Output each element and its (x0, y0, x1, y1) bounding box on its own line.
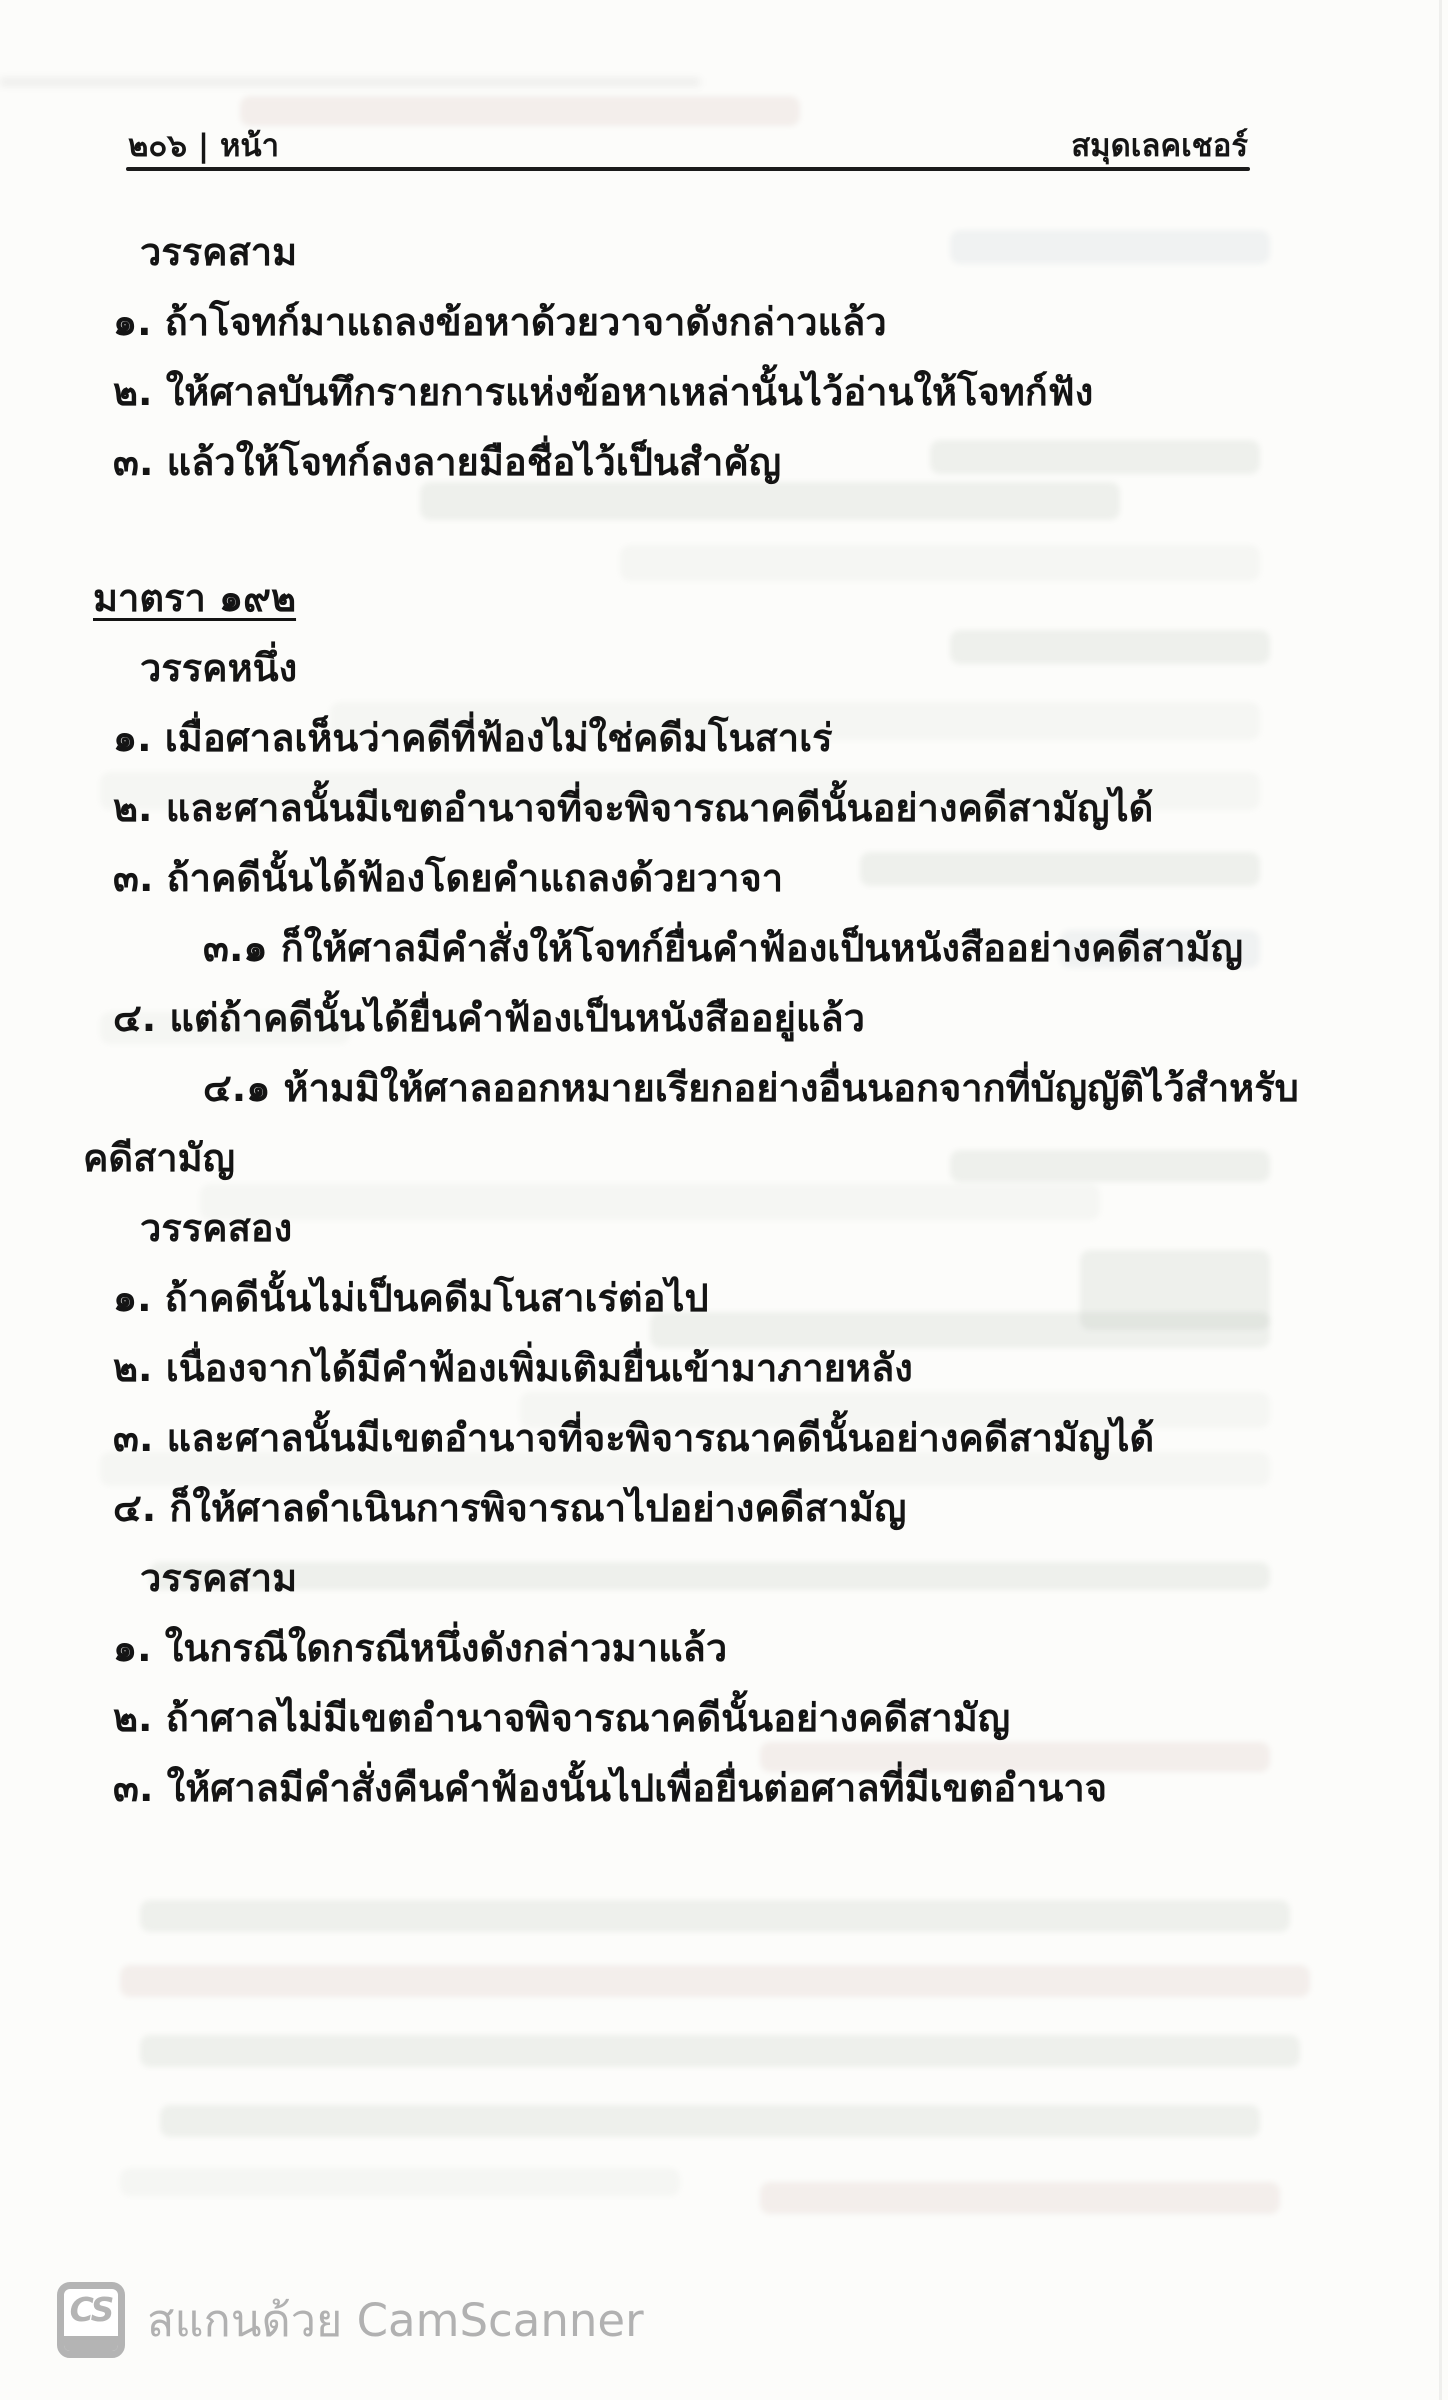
camscanner-watermark: CS สแกนด้วย CamScanner (57, 2282, 644, 2358)
text-line-subitem: ๔.๑ ห้ามมิให้ศาลออกหมายเรียกอย่างอื่นนอก… (203, 1064, 1373, 1112)
text-line-article: มาตรา ๑๙๒ (93, 574, 1373, 622)
scan-edge-artifact (1439, 0, 1442, 2400)
text-line-item: ๒. ให้ศาลบันทึกรายการแห่งข้อหาเหล่านั้นไ… (113, 368, 1373, 416)
text-line-item: ๔. แต่ถ้าคดีนั้นได้ยื่นคำฟ้องเป็นหนังสือ… (113, 994, 1373, 1042)
scan-edge-artifact (0, 78, 700, 86)
text-line-item: ๓. ถ้าคดีนั้นได้ฟ้องโดยคำแถลงด้วยวาจา (113, 854, 1373, 902)
text-line-item: ๒. และศาลนั้นมีเขตอำนาจที่จะพิจารณาคดีนั… (113, 784, 1373, 832)
bleed-through-text (120, 2168, 680, 2196)
bleed-through-text (140, 1900, 1290, 1932)
text-line-heading: วรรคหนึ่ง (140, 644, 1373, 692)
text-line-item: ๑. ถ้าคดีนั้นไม่เป็นคดีมโนสาเร่ต่อไป (113, 1274, 1373, 1322)
bleed-through-text (140, 2035, 1300, 2067)
bleed-through-text (120, 1965, 1310, 1997)
text-line-item: ๑. ถ้าโจทก์มาแถลงข้อหาด้วยวาจาดังกล่าวแล… (113, 298, 1373, 346)
header-divider (126, 167, 1250, 171)
text-line-subitem: ๓.๑ ก็ให้ศาลมีคำสั่งให้โจทก์ยื่นคำฟ้องเป… (203, 924, 1373, 972)
text-line-item: ๓. แล้วให้โจทก์ลงลายมือชื่อไว้เป็นสำคัญ (113, 438, 1373, 486)
camscanner-logo-bar (64, 2336, 118, 2351)
text-line-item: ๑. เมื่อศาลเห็นว่าคดีที่ฟ้องไม่ใช่คดีมโน… (113, 714, 1373, 762)
camscanner-logo-icon: CS (57, 2282, 125, 2358)
text-line-item: ๓. และศาลนั้นมีเขตอำนาจที่จะพิจารณาคดีนั… (113, 1414, 1373, 1462)
text-line-item: ๓. ให้ศาลมีคำสั่งคืนคำฟ้องนั้นไปเพื่อยื่… (113, 1764, 1373, 1812)
text-line-item: ๒. เนื่องจากได้มีคำฟ้องเพิ่มเติมยื่นเข้า… (113, 1344, 1373, 1392)
camscanner-watermark-label: สแกนด้วย CamScanner (147, 2284, 644, 2356)
bleed-through-text (760, 2182, 1280, 2214)
text-line-continuation: คดีสามัญ (83, 1134, 1373, 1182)
page-number: ๒๐๖ | หน้า (128, 120, 279, 170)
page-header: ๒๐๖ | หน้า สมุดเลคเชอร์ (128, 120, 1248, 170)
text-line-item: ๒. ถ้าศาลไม่มีเขตอำนาจพิจารณาคดีนั้นอย่า… (113, 1694, 1373, 1742)
text-line-heading: วรรคสอง (140, 1204, 1373, 1252)
text-line-heading: วรรคสาม (140, 228, 1373, 276)
document-body: วรรคสาม๑. ถ้าโจทก์มาแถลงข้อหาด้วยวาจาดัง… (83, 214, 1373, 1834)
text-line-item: ๑. ในกรณีใดกรณีหนึ่งดังกล่าวมาแล้ว (113, 1624, 1373, 1672)
text-line-heading: วรรคสาม (140, 1554, 1373, 1602)
camscanner-logo-letters: CS (64, 2289, 118, 2331)
bleed-through-text (160, 2105, 1260, 2137)
scanned-document-page: ๒๐๖ | หน้า สมุดเลคเชอร์ วรรคสาม๑. ถ้าโจท… (0, 0, 1448, 2400)
book-title: สมุดเลคเชอร์ (1071, 120, 1248, 170)
text-line-item: ๔. ก็ให้ศาลดำเนินการพิจารณาไปอย่างคดีสาม… (113, 1484, 1373, 1532)
